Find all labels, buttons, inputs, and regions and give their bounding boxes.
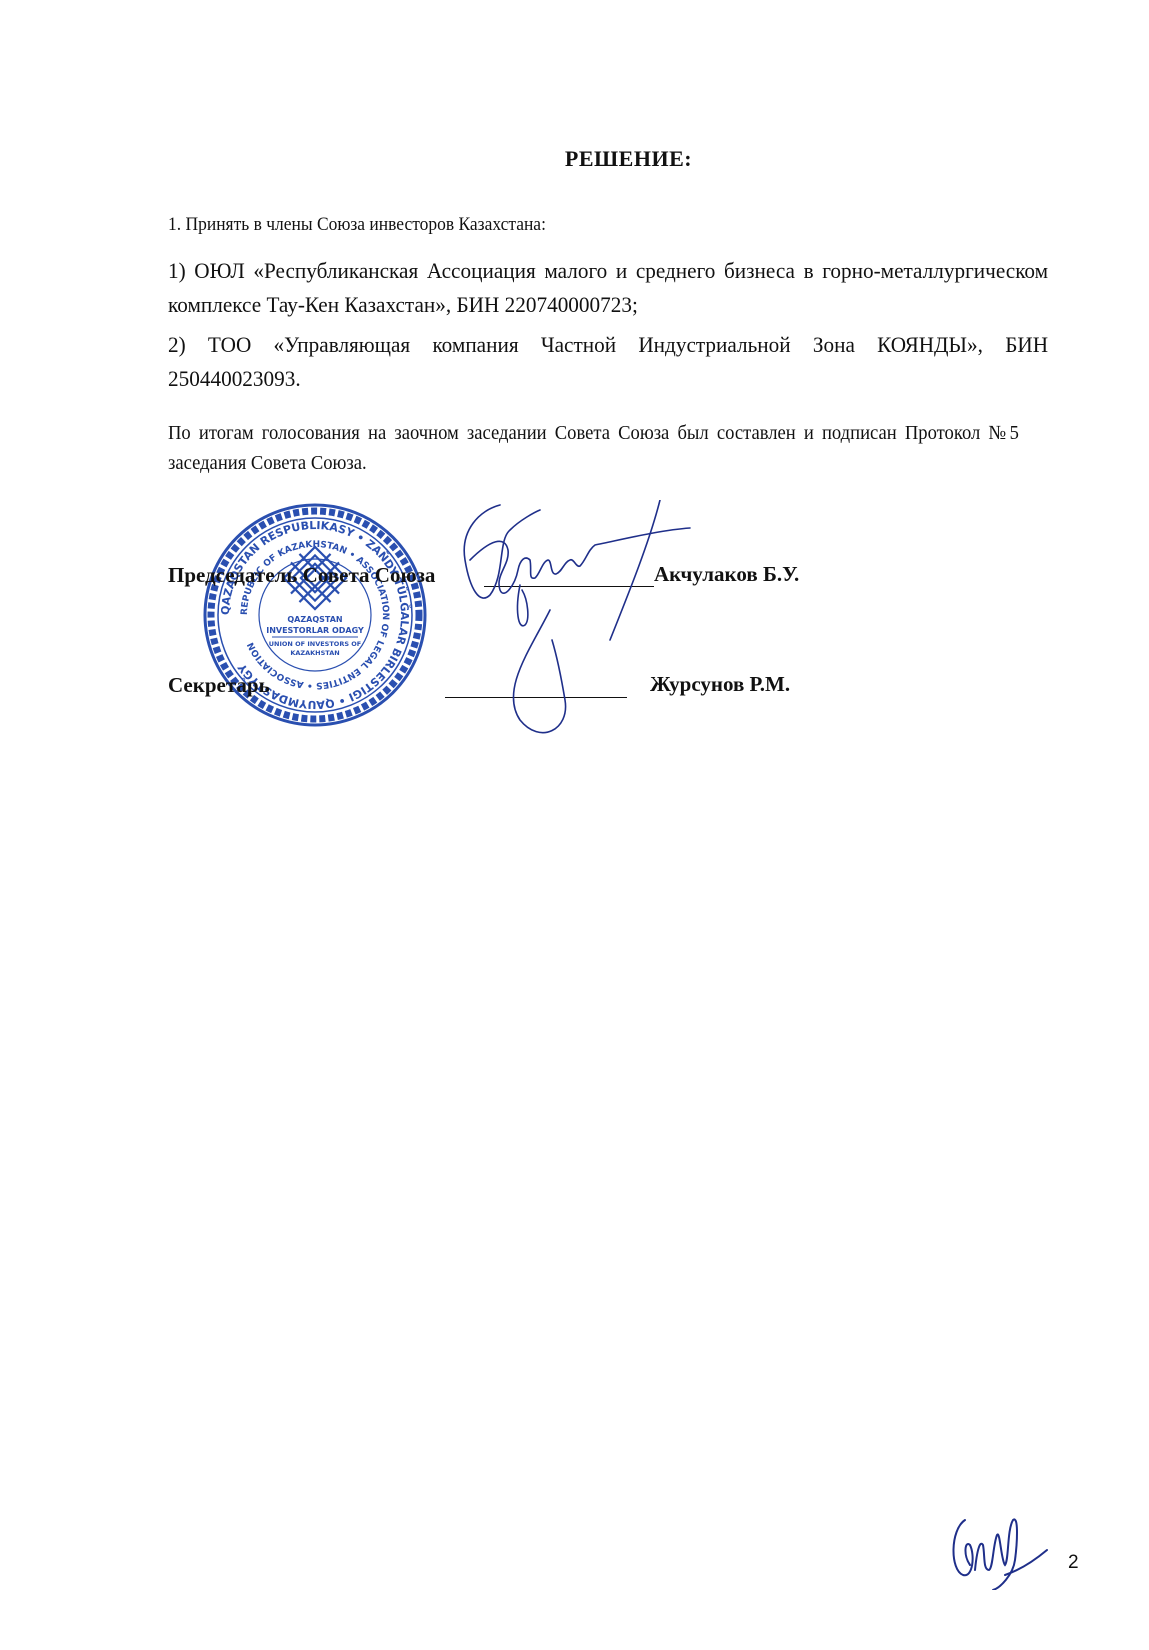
svg-text:UNION OF INVESTORS OF: UNION OF INVESTORS OF xyxy=(269,640,361,648)
decision-point-1: 1. Принять в члены Союза инвесторов Каза… xyxy=(168,214,546,236)
svg-text:INVESTORLAR ODAGY: INVESTORLAR ODAGY xyxy=(266,626,364,635)
chair-label: Председатель Совета Союза xyxy=(168,563,435,588)
member-item-1: 1) ОЮЛ «Республиканская Ассоциация малог… xyxy=(168,254,1048,322)
document-heading: РЕШЕНИЕ: xyxy=(54,146,1149,172)
protocol-summary: По итогам голосования на заочном заседан… xyxy=(168,418,1019,478)
page-number: 2 xyxy=(1068,1552,1079,1574)
secretary-label: Секретарь xyxy=(168,673,270,698)
member-item-2: 2) ТОО «Управляющая компания Частной Инд… xyxy=(168,328,1048,396)
svg-text:KAZAKHSTAN: KAZAKHSTAN xyxy=(290,649,339,657)
handwritten-signature-icon xyxy=(460,500,720,750)
initials-signature-icon xyxy=(945,1500,1065,1590)
svg-text:QAZAQSTAN: QAZAQSTAN xyxy=(287,615,342,624)
